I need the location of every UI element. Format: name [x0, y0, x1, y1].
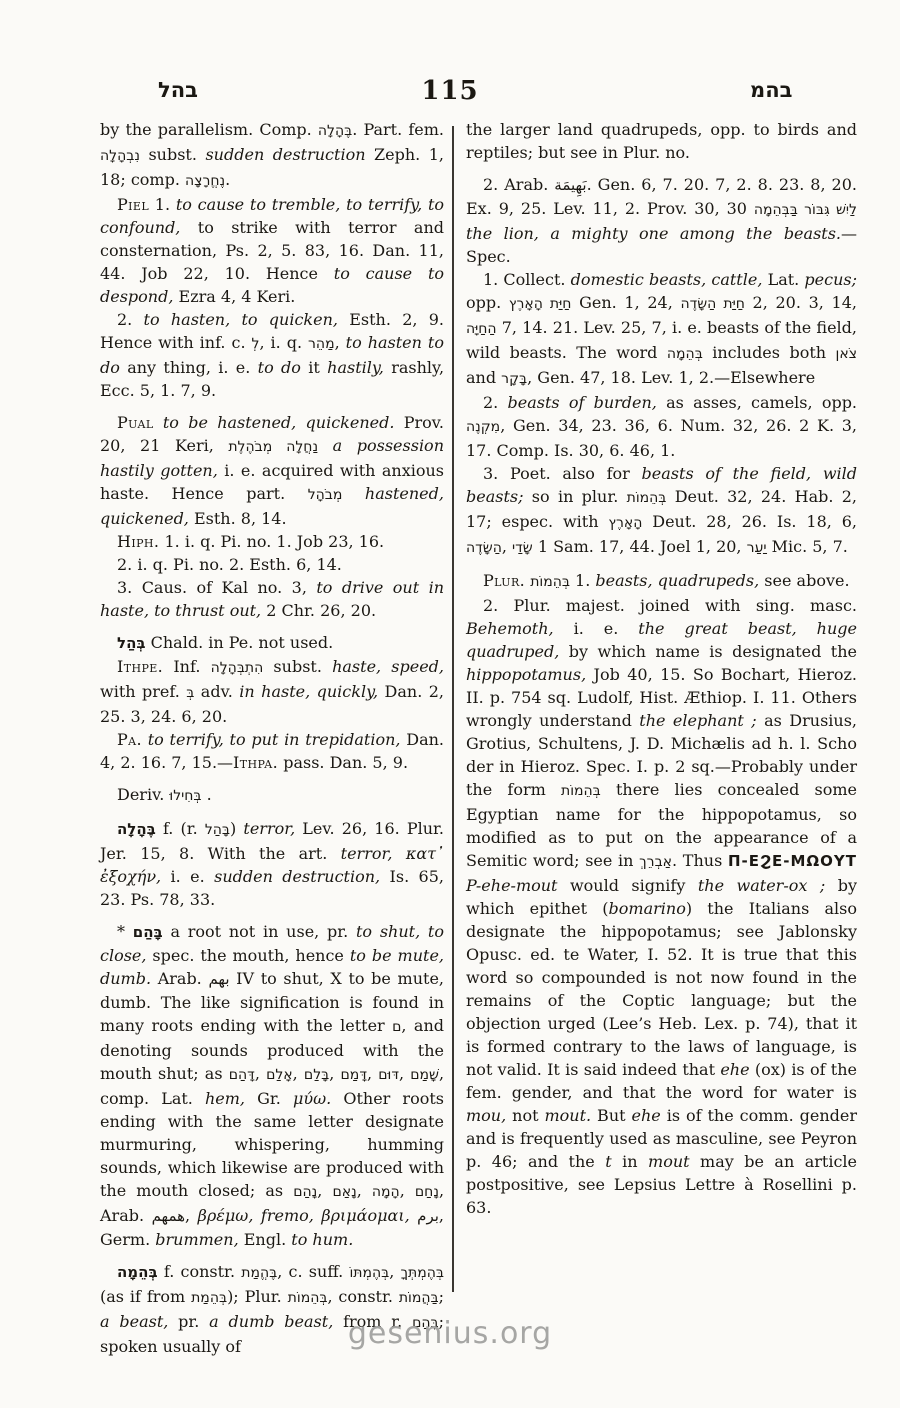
text-run: beasts of burden,: [508, 393, 657, 412]
text-run: יַעַר: [747, 540, 767, 556]
text-run: בְּהֵמָה: [667, 346, 703, 362]
text-run: hem,: [205, 1089, 245, 1108]
text-run: נִבְהָלָה: [100, 148, 140, 164]
text-run: mout: [648, 1152, 690, 1171]
text-run: נָהַם: [293, 1184, 317, 1200]
paragraph: 1. Collect. domestic beasts, cattle, Lat…: [466, 268, 857, 391]
text-run: so in plur.: [524, 487, 627, 506]
text-run: 3. Poet. also for: [483, 464, 642, 483]
text-run: בְּהֵמַת: [191, 1290, 227, 1306]
text-run: 2.: [117, 310, 144, 329]
text-run: Inf.: [163, 657, 210, 676]
text-run: bomarino: [609, 899, 686, 918]
text-run: ); Plur.: [227, 1287, 288, 1306]
text-run: Pa.: [117, 730, 142, 749]
text-run: בְּהֵמוֹת: [530, 574, 570, 590]
text-run: 2. Plur. majest. joined with sing. masc.: [483, 596, 857, 615]
text-run: Lat.: [762, 270, 804, 289]
text-run: [154, 413, 163, 432]
paragraph: Pa. to terrify, to put in trepidation, D…: [100, 728, 444, 774]
running-head-right: בהמ: [750, 78, 792, 102]
text-run: ,: [357, 1181, 372, 1200]
text-run: ,: [317, 1181, 332, 1200]
text-run: 1.: [149, 195, 176, 214]
text-run: by which name is designated the: [559, 642, 857, 661]
text-run: Ithpe.: [117, 657, 163, 676]
text-run: P-ehe-mout: [466, 876, 557, 895]
paragraph: בְּהַל Chald. in Pe. not used.: [100, 631, 444, 655]
text-run: with pref.: [100, 682, 186, 701]
text-run: מְבֹהָל: [308, 487, 343, 503]
watermark: gesenius.org: [0, 1316, 900, 1351]
paragraph: 2. beasts of burden, as asses, camels, o…: [466, 391, 857, 462]
text-run: לַיִשׁ גִּבּוֹר בַּבְּהֵמָה: [754, 202, 857, 218]
text-run: בָּקָר: [501, 371, 527, 387]
paragraph: the larger land quadrupeds, opp. to bird…: [466, 118, 857, 164]
paragraph: 3. Caus. of Kal no. 3, to drive out in h…: [100, 576, 444, 622]
text-run: domestic beasts, cattle,: [571, 270, 763, 289]
text-run: בַּהֲמוֹת: [399, 1290, 439, 1306]
text-run: i. e.: [554, 619, 639, 638]
text-run: בְּחִילוּ: [169, 788, 201, 804]
text-run: 2 Chr. 26, 20.: [261, 601, 376, 620]
text-run: [253, 1206, 261, 1225]
text-run: it: [301, 358, 327, 377]
text-run: to be hastened, quickened.: [163, 413, 395, 432]
text-run: mou,: [466, 1106, 506, 1125]
text-run: ehe: [632, 1106, 661, 1125]
text-run: Gen. 1, 24,: [571, 293, 680, 312]
text-run: i. e.: [161, 867, 214, 886]
text-run: sudden destruction,: [214, 867, 380, 886]
paragraph: 2. i. q. Pi. no. 2. Esth. 6, 14.: [100, 553, 444, 576]
text-run: not: [506, 1106, 544, 1125]
text-run: [342, 484, 365, 503]
text-run: ,: [502, 537, 512, 556]
text-run: to do: [258, 358, 301, 377]
text-run: the elephant ;: [639, 711, 756, 730]
text-run: pass. Dan. 5, 9.: [278, 753, 408, 772]
paragraph: Plur. בְּהֵמוֹת 1. beasts, quadrupeds, s…: [466, 569, 857, 594]
paragraph: Deriv. בְּחִילוּ .: [100, 783, 444, 808]
text-run: sudden destruction: [205, 145, 365, 164]
text-run: a root not in use, pr.: [163, 922, 356, 941]
text-run: Chald. in Pe. not used.: [146, 633, 334, 652]
text-run: ,: [389, 1262, 400, 1281]
text-run: Engl.: [239, 1230, 292, 1249]
text-run: Pual: [117, 413, 154, 432]
text-run: 2.: [483, 393, 508, 412]
text-run: [392, 844, 405, 863]
text-run: הָאָרֶץ: [608, 515, 642, 531]
text-run: Arab.: [151, 969, 208, 988]
text-run: pecus;: [804, 270, 857, 289]
text-run: חַיַּת הָאָרֶץ: [509, 296, 572, 312]
text-run: any thing, i. e.: [120, 358, 258, 377]
text-run: Mic. 5, 7.: [767, 537, 848, 556]
text-run: βρέμω,: [198, 1206, 254, 1225]
text-run: subst.: [263, 657, 332, 676]
text-run: But: [591, 1106, 631, 1125]
text-run: שָׁמַם: [410, 1067, 439, 1083]
text-run: ) the Italians also designate the hippop…: [466, 899, 857, 1079]
text-run: בֶּהָלָה: [318, 123, 352, 139]
left-column: by the parallelism. Comp. בֶּהָלָה. Part…: [100, 118, 444, 1358]
text-run: the lion, a mighty one among the beasts.: [466, 224, 841, 243]
paragraph: 2. Plur. majest. joined with sing. masc.…: [466, 594, 857, 1219]
text-run: 2. i. q. Pi. no. 2. Esth. 6, 14.: [117, 555, 342, 574]
text-run: , Gen. 47, 18. Lev. 1, 2.—Elsewhere: [527, 368, 815, 387]
text-run: ,: [293, 1064, 304, 1083]
text-run: , i. q.: [259, 333, 308, 352]
text-run: בָּהַל: [205, 822, 230, 838]
text-run: , Gen. 34, 23. 36, 6. Num. 32, 26. 2 K. …: [466, 416, 857, 460]
paragraph: Ithpe. Inf. הִתְבְּהָלָה subst. haste, s…: [100, 655, 444, 728]
text-run: hastily,: [327, 358, 384, 377]
text-run: בָּהַם: [133, 923, 163, 941]
text-run: שָׂדַי: [512, 540, 533, 556]
text-run: ,: [335, 333, 346, 352]
text-run: [318, 436, 333, 455]
text-run: , c. suff.: [277, 1262, 349, 1281]
text-run: נֶחֱרָצָה: [185, 173, 225, 189]
text-run: Deut. 28, 26. Is. 18, 6,: [642, 512, 857, 531]
text-run: 2, 20. 3, 14,: [745, 293, 857, 312]
text-run: ם: [392, 1019, 401, 1035]
text-run: (as if from: [100, 1287, 191, 1306]
text-run: בְּהֵמוֹת: [561, 783, 601, 799]
text-run: adv.: [194, 682, 239, 701]
text-run: ): [230, 819, 243, 838]
text-run: 1. Collect.: [483, 270, 571, 289]
text-run: .: [225, 170, 230, 189]
right-column: the larger land quadrupeds, opp. to bird…: [466, 118, 857, 1219]
paragraph: by the parallelism. Comp. בֶּהָלָה. Part…: [100, 118, 444, 193]
text-run: 1.: [570, 571, 595, 590]
text-run: הִתְבְּהָלָה: [211, 660, 264, 676]
text-run: נָאַם: [332, 1184, 356, 1200]
text-run: . Part. fem.: [352, 120, 444, 139]
text-run: see above.: [759, 571, 849, 590]
text-run: בְּהֵמוֹת: [627, 490, 667, 506]
text-run: by the parallelism. Comp.: [100, 120, 318, 139]
text-run: ,: [400, 1181, 415, 1200]
text-run: נַחֲלָה מְבֹהֶלֶת: [228, 439, 318, 455]
text-run: همهم: [152, 1207, 185, 1225]
scanned-dictionary-page: בהל 115 בהמ by the parallelism. Comp. בֶ…: [0, 0, 900, 1408]
text-run: נָחַם: [415, 1184, 439, 1200]
text-run: צֹאן: [836, 346, 857, 362]
text-run: in haste, quickly,: [239, 682, 378, 701]
text-run: Deriv.: [117, 785, 169, 804]
text-run: would signify: [557, 876, 697, 895]
text-run: brummen,: [155, 1230, 238, 1249]
text-run: to terrify, to put in trepidation,: [148, 730, 401, 749]
text-run: includes both: [703, 343, 836, 362]
text-run: spec. the mouth, hence: [146, 946, 349, 965]
text-run: بَهِيمَة: [554, 176, 586, 194]
text-run: מִקְנֶה: [466, 419, 500, 435]
text-run: מַהֵר: [308, 336, 335, 352]
text-run: בְּהַל: [117, 634, 146, 652]
text-run: Gr.: [245, 1089, 293, 1108]
text-run: Ezra 4, 4 Keri.: [173, 287, 295, 306]
text-run: הַחַיָּה: [466, 321, 497, 337]
text-run: 3. Caus. of Kal no. 3,: [117, 578, 316, 597]
paragraph: בֶּהָלָה f. (r. בָּהַל) terror, Lev. 26,…: [100, 817, 444, 911]
text-run: 1. i. q. Pi. no. 1. Job 23, 16.: [159, 532, 384, 551]
text-run: hippopotamus,: [466, 665, 586, 684]
text-run: بهم: [208, 970, 229, 988]
text-run: opp.: [466, 293, 509, 312]
text-run: terror,: [243, 819, 295, 838]
paragraph: 2. Arab. بَهِيمَة. Gen. 6, 7. 20. 7, 2. …: [466, 173, 857, 268]
text-run: mout.: [544, 1106, 591, 1125]
text-run: בְּהֵמָה: [117, 1263, 158, 1281]
text-run: דָּהַם: [229, 1067, 255, 1083]
text-run: ,: [185, 1206, 198, 1225]
text-run: הַשָּׂדֶה: [466, 540, 502, 556]
text-run: דָּמַם: [341, 1067, 367, 1083]
text-run: . Thus: [672, 851, 728, 870]
text-run: *: [117, 922, 133, 941]
text-run: as asses, camels, opp.: [657, 393, 857, 412]
paragraph: 3. Poet. also for beasts of the field, w…: [466, 462, 857, 560]
text-run: Ithpa.: [233, 753, 278, 772]
text-run: the larger land quadrupeds, opp. to bird…: [466, 120, 857, 162]
text-run: אָלַם: [266, 1067, 293, 1083]
text-run: בְּהֶמְתּוֹ: [349, 1265, 389, 1281]
text-run: and: [466, 368, 501, 387]
text-run: برم: [417, 1207, 439, 1225]
text-run: Piel: [117, 195, 149, 214]
text-run: to hasten, to quicken,: [144, 310, 338, 329]
text-run: to hum.: [291, 1230, 353, 1249]
text-run: ,: [329, 1064, 340, 1083]
paragraph: Pual to be hastened, quickened. Prov. 20…: [100, 411, 444, 530]
text-run: בֶּהֱמַת: [241, 1265, 277, 1281]
text-run: subst.: [140, 145, 206, 164]
text-run: בְּהֵמוֹת: [288, 1290, 328, 1306]
text-run: הָמָה: [372, 1184, 400, 1200]
text-run: haste, speed,: [332, 657, 444, 676]
text-run: Π-ΕϨΕ-ΜΩΟΥΤ: [728, 852, 857, 870]
text-run: בֶּהָלָה: [117, 820, 156, 838]
paragraph: 2. to hasten, to quicken, Esth. 2, 9. He…: [100, 308, 444, 402]
text-run: beasts, quadrupeds,: [595, 571, 759, 590]
text-run: Plur.: [483, 571, 525, 590]
text-run: דּוּם: [378, 1067, 399, 1083]
paragraph: * בָּהַם a root not in use, pr. to shut,…: [100, 920, 444, 1251]
paragraph: Piel 1. to cause to tremble, to terrify,…: [100, 193, 444, 308]
text-run: in: [612, 1152, 648, 1171]
text-run: Behemoth,: [466, 619, 554, 638]
text-run: חַיַּת הַשָּׂדֶה: [680, 296, 744, 312]
text-run: Hiph.: [117, 532, 159, 551]
text-run: the water-ox ;: [698, 876, 825, 895]
text-run: אַבְרֵךְ: [639, 854, 672, 870]
text-run: ehe: [720, 1060, 749, 1079]
text-run: , constr.: [327, 1287, 398, 1306]
text-run: ,: [255, 1064, 266, 1083]
text-run: f. (r.: [156, 819, 205, 838]
text-run: 1 Sam. 17, 44. Joel 1, 20,: [533, 537, 747, 556]
text-run: ,: [399, 1064, 410, 1083]
text-run: בָּלַם: [304, 1067, 329, 1083]
text-run: Esth. 8, 14.: [189, 509, 287, 528]
text-run: terror,: [341, 844, 393, 863]
text-run: .: [202, 785, 212, 804]
text-run: βριμάομαι,: [321, 1206, 409, 1225]
paragraph: Hiph. 1. i. q. Pi. no. 1. Job 23, 16.: [100, 530, 444, 553]
text-run: ,: [367, 1064, 378, 1083]
text-run: בְּהֶמְתְּךָ: [401, 1265, 444, 1281]
column-divider: [452, 126, 454, 1292]
text-run: ;: [439, 1287, 444, 1306]
text-run: fremo,: [261, 1206, 314, 1225]
text-run: 2. Arab.: [483, 175, 554, 194]
text-run: f. constr.: [158, 1262, 242, 1281]
text-run: μύω.: [293, 1089, 331, 1108]
